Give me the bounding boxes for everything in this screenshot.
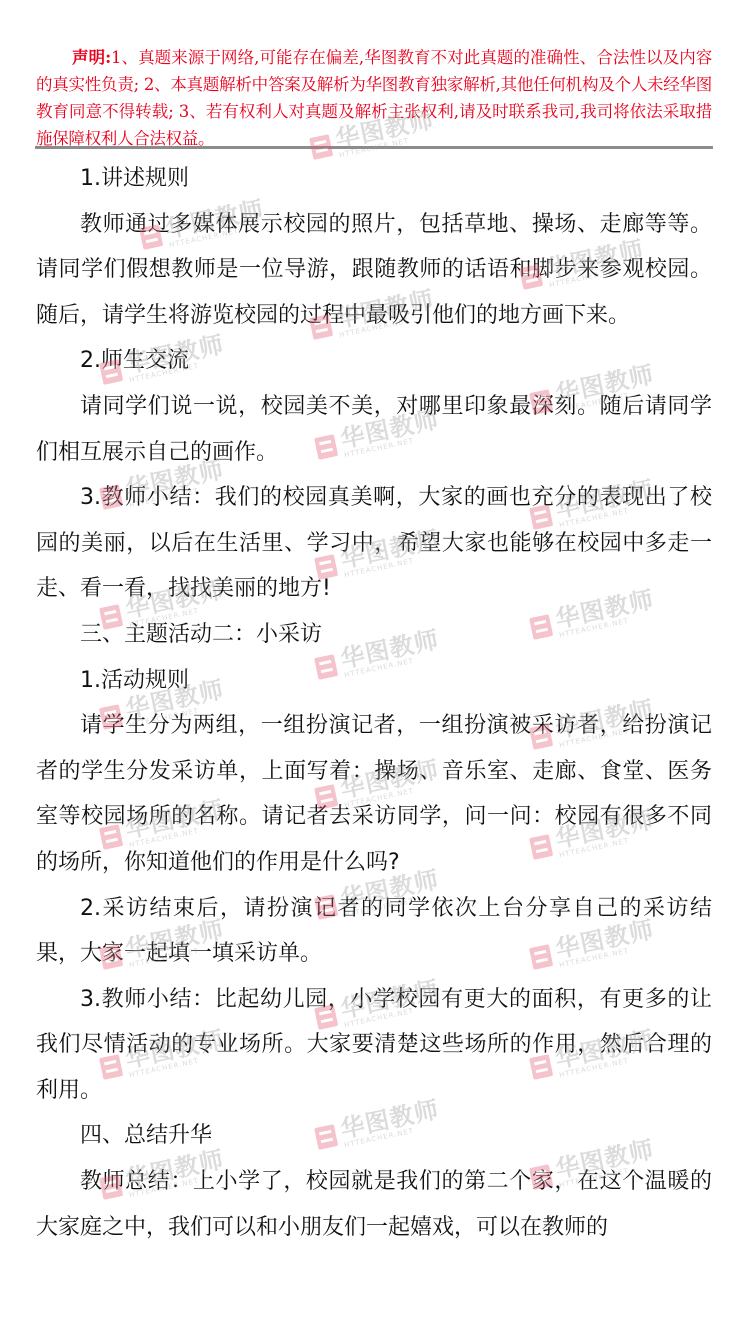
paragraph-teacher-summary-2: 3.教师小结：比起幼儿园，小学校园有更大的面积，有更多的让我们尽情活动的专业场所… xyxy=(36,977,712,1114)
heading-summary: 四、总结升华 xyxy=(36,1113,712,1159)
disclaimer-lead: 声明: xyxy=(72,48,111,67)
paragraph-share-drawings: 请同学们说一说，校园美不美，对哪里印象最深刻。随后请同学们相互展示自己的画作。 xyxy=(36,384,712,475)
document-body: 1.讲述规则 教师通过多媒体展示校园的照片，包括草地、操场、走廊等等。请同学们假… xyxy=(36,156,712,1250)
paragraph-teacher-summary-1: 3.教师小结：我们的校园真美啊，大家的画也充分的表现出了校园的美丽，以后在生活里… xyxy=(36,475,712,612)
heading-activity-rules: 1.活动规则 xyxy=(36,658,712,704)
disclaimer: 声明:1、真题来源于网络,可能存在偏差,华图教育不对此真题的准确性、合法性以及内… xyxy=(36,44,712,152)
paragraph-interview-results: 2.采访结束后，请扮演记者的同学依次上台分享自己的采访结果，大家一起填一填采访单… xyxy=(36,886,712,977)
paragraph-teacher-conclusion: 教师总结：上小学了，校园就是我们的第二个家，在这个温暖的大家庭之中，我们可以和小… xyxy=(36,1159,712,1250)
heading-narration-rules: 1.讲述规则 xyxy=(36,156,712,202)
paragraph-campus-tour: 教师通过多媒体展示校园的照片，包括草地、操场、走廊等等。请同学们假想教师是一位导… xyxy=(36,202,712,339)
paragraph-interview-groups: 请学生分为两组，一组扮演记者，一组扮演被采访者，给扮演记者的学生分发采访单，上面… xyxy=(36,703,712,885)
divider xyxy=(35,146,713,149)
disclaimer-text: 1、真题来源于网络,可能存在偏差,华图教育不对此真题的准确性、合法性以及内容的真… xyxy=(36,48,712,148)
heading-theme-activity-two: 三、主题活动二：小采访 xyxy=(36,612,712,658)
heading-teacher-student-exchange: 2.师生交流 xyxy=(36,338,712,384)
